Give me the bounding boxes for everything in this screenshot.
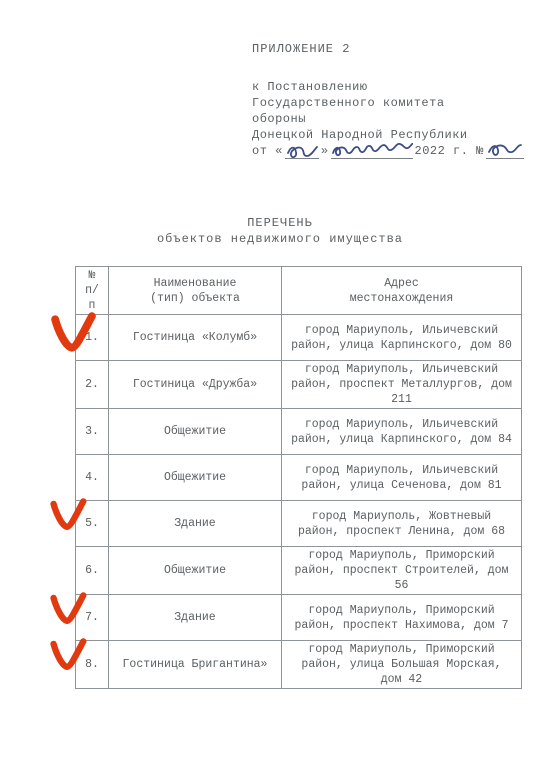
col-header-address: Адрес местонахождения (282, 267, 522, 315)
table-row: 1.Гостиница «Колумб»город Мариуполь, Иль… (76, 315, 522, 361)
row-address: город Мариуполь, Приморский район, просп… (282, 547, 522, 595)
decree-line-2: Государственного комитета (252, 95, 526, 111)
table-row: 2.Гостиница «Дружба»город Мариуполь, Иль… (76, 361, 522, 409)
col-header-num: № п/п (76, 267, 109, 315)
table-row: 8.Гостиница Бригантина»город Мариуполь, … (76, 641, 522, 689)
row-num: 8. (76, 641, 109, 689)
row-num: 1. (76, 315, 109, 361)
decree-date-line: от «» 2022 г. № (252, 143, 526, 159)
row-name: Гостиница «Колумб» (109, 315, 282, 361)
row-address: город Мариуполь, Приморский район, просп… (282, 595, 522, 641)
property-table: № п/п Наименование (тип) объекта Адрес м… (75, 266, 522, 689)
date-year-part: 2022 г. № (415, 143, 484, 159)
decree-line-1: к Постановлению (252, 79, 526, 95)
row-num: 7. (76, 595, 109, 641)
date-prefix: от « (252, 143, 283, 159)
row-num: 2. (76, 361, 109, 409)
handwritten-number-scrawl (486, 143, 524, 159)
row-name: Общежитие (109, 547, 282, 595)
list-title-line2: объектов недвижимого имущества (20, 231, 540, 247)
table-row: 5.Зданиегород Мариуполь, Жовтневый район… (76, 501, 522, 547)
table-row: 7.Зданиегород Мариуполь, Приморский райо… (76, 595, 522, 641)
row-address: город Мариуполь, Ильичевский район, прос… (282, 361, 522, 409)
table-row: 4.Общежитиегород Мариуполь, Ильичевский … (76, 455, 522, 501)
row-address: город Мариуполь, Ильичевский район, улиц… (282, 315, 522, 361)
row-num: 6. (76, 547, 109, 595)
table-header-row: № п/п Наименование (тип) объекта Адрес м… (76, 267, 522, 315)
table-row: 3.Общежитиегород Мариуполь, Ильичевский … (76, 409, 522, 455)
decree-line-4: Донецкой Народной Республики (252, 127, 526, 143)
row-name: Гостиница «Дружба» (109, 361, 282, 409)
decree-line-3: обороны (252, 111, 526, 127)
col-header-name: Наименование (тип) объекта (109, 267, 282, 315)
row-name: Здание (109, 501, 282, 547)
row-address: город Мариуполь, Ильичевский район, улиц… (282, 409, 522, 455)
document-page: ПРИЛОЖЕНИЕ 2 к Постановлению Государстве… (0, 0, 558, 768)
row-name: Общежитие (109, 455, 282, 501)
row-address: город Мариуполь, Жовтневый район, проспе… (282, 501, 522, 547)
row-name: Общежитие (109, 409, 282, 455)
row-address: город Мариуполь, Ильичевский район, улиц… (282, 455, 522, 501)
row-name: Гостиница Бригантина» (109, 641, 282, 689)
decree-reference-block: к Постановлению Государственного комитет… (252, 79, 526, 159)
date-after-day: » (321, 143, 329, 159)
row-num: 3. (76, 409, 109, 455)
row-num: 5. (76, 501, 109, 547)
appendix-label: ПРИЛОЖЕНИЕ 2 (252, 42, 350, 56)
row-num: 4. (76, 455, 109, 501)
table-row: 6.Общежитиегород Мариуполь, Приморский р… (76, 547, 522, 595)
list-title-line1: ПЕРЕЧЕНЬ (20, 215, 540, 231)
handwritten-month-scrawl (331, 143, 413, 159)
list-title: ПЕРЕЧЕНЬ объектов недвижимого имущества (20, 215, 540, 247)
handwritten-day-scrawl (285, 143, 319, 159)
row-name: Здание (109, 595, 282, 641)
row-address: город Мариуполь, Приморский район, улица… (282, 641, 522, 689)
